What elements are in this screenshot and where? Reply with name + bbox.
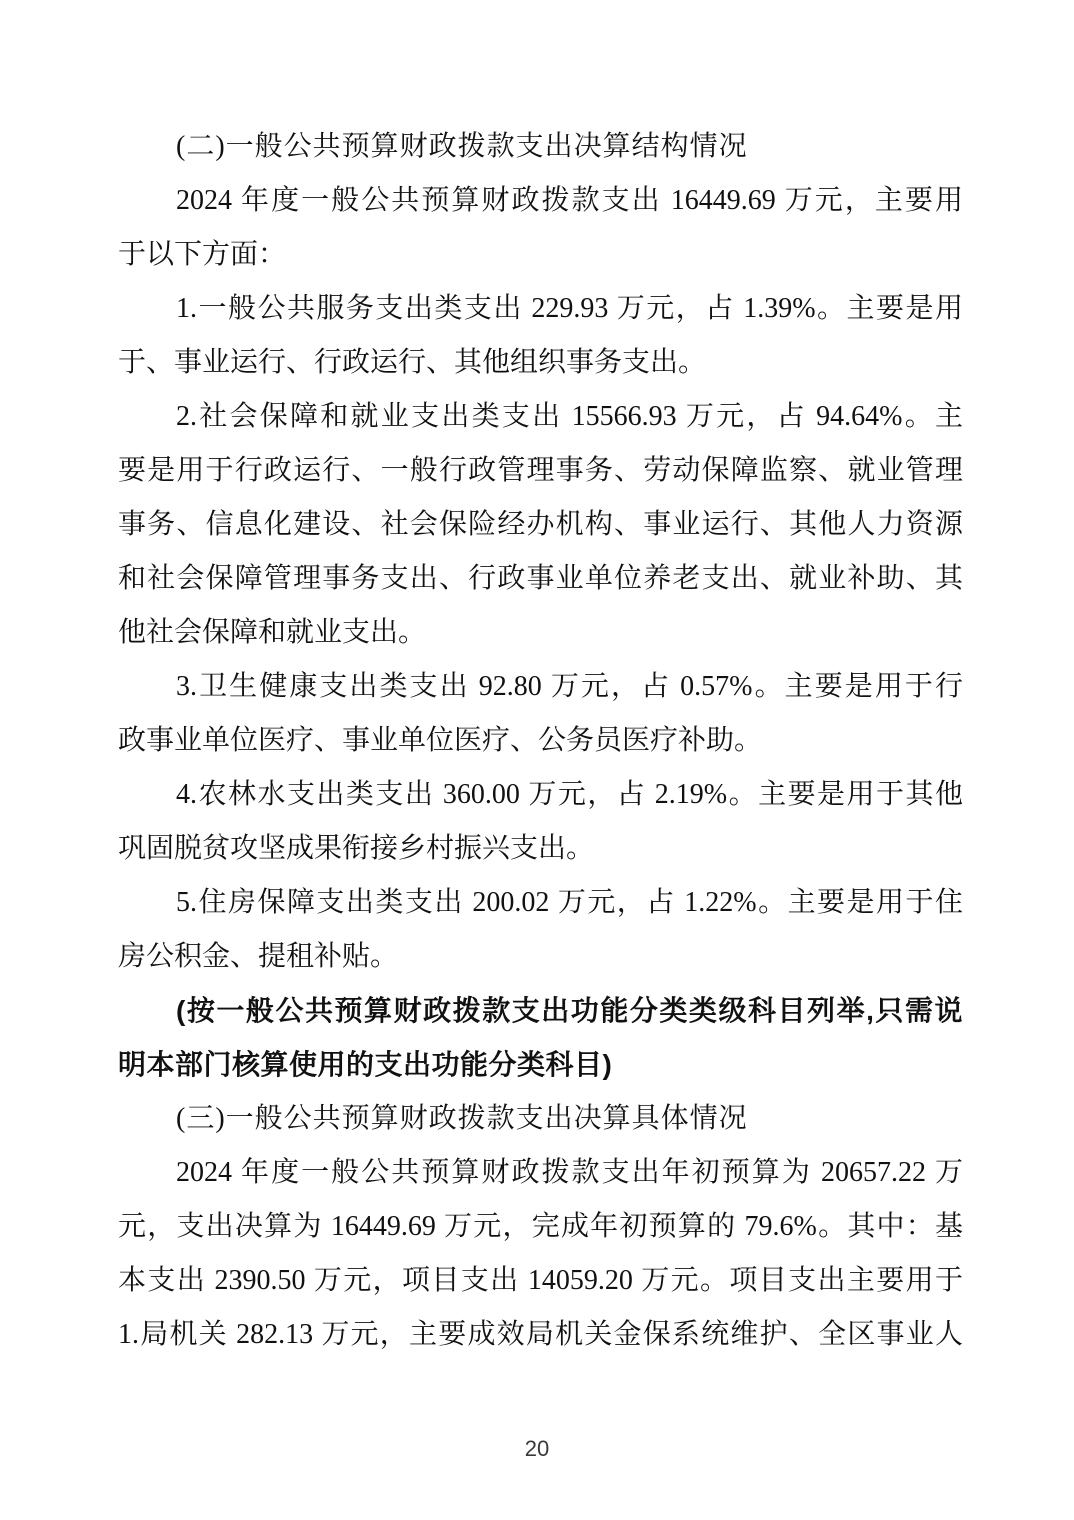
text-line: 房公积金、提租补贴。: [118, 930, 963, 984]
text-line: 1.局机关 282.13 万元，主要成效局机关金保系统维护、全区事业人: [118, 1308, 963, 1362]
text-line: 4.农林水支出类支出 360.00 万元，占 2.19%。主要是用于其他: [118, 768, 963, 822]
text-line: 政事业单位医疗、事业单位医疗、公务员医疗补助。: [118, 714, 963, 768]
text-line: 3.卫生健康支出类支出 92.80 万元，占 0.57%。主要是用于行: [118, 660, 963, 714]
text-line: 2024 年度一般公共预算财政拨款支出年初预算为 20657.22 万: [118, 1146, 963, 1200]
text-line: 他社会保障和就业支出。: [118, 606, 963, 660]
paragraph-body: 3.卫生健康支出类支出 92.80 万元，占 0.57%。主要是用于行政事业单位…: [118, 660, 963, 768]
paragraph-note: (按一般公共预算财政拨款支出功能分类类级科目列举,只需说明本部门核算使用的支出功…: [118, 984, 963, 1092]
text-line: 和社会保障管理事务支出、行政事业单位养老支出、就业补助、其: [118, 552, 963, 606]
text-line: 本支出 2390.50 万元，项目支出 14059.20 万元。项目支出主要用于: [118, 1254, 963, 1308]
paragraph-body: 5.住房保障支出类支出 200.02 万元，占 1.22%。主要是用于住房公积金…: [118, 876, 963, 984]
text-line: 于、事业运行、行政运行、其他组织事务支出。: [118, 336, 963, 390]
text-line: 5.住房保障支出类支出 200.02 万元，占 1.22%。主要是用于住: [118, 876, 963, 930]
paragraph-heading: (二)一般公共预算财政拨款支出决算结构情况: [118, 120, 963, 174]
text-line: (按一般公共预算财政拨款支出功能分类类级科目列举,只需说: [118, 984, 963, 1038]
paragraph-body: 2024 年度一般公共预算财政拨款支出 16449.69 万元，主要用于以下方面…: [118, 174, 963, 282]
text-line: (三)一般公共预算财政拨款支出决算具体情况: [118, 1092, 963, 1146]
document-page: (二)一般公共预算财政拨款支出决算结构情况2024 年度一般公共预算财政拨款支出…: [0, 0, 1074, 1520]
text-line: 于以下方面：: [118, 228, 963, 282]
paragraph-body: 2.社会保障和就业支出类支出 15566.93 万元，占 94.64%。主要是用…: [118, 390, 963, 660]
text-line: 2024 年度一般公共预算财政拨款支出 16449.69 万元，主要用: [118, 174, 963, 228]
text-line: 要是用于行政运行、一般行政管理事务、劳动保障监察、就业管理: [118, 444, 963, 498]
paragraph-heading: (三)一般公共预算财政拨款支出决算具体情况: [118, 1092, 963, 1146]
paragraph-body: 2024 年度一般公共预算财政拨款支出年初预算为 20657.22 万元，支出决…: [118, 1146, 963, 1362]
text-line: 明本部门核算使用的支出功能分类科目): [118, 1038, 963, 1092]
page-number: 20: [0, 1436, 1074, 1462]
paragraph-body: 1.一般公共服务支出类支出 229.93 万元，占 1.39%。主要是用于、事业…: [118, 282, 963, 390]
paragraph-body: 4.农林水支出类支出 360.00 万元，占 2.19%。主要是用于其他巩固脱贫…: [118, 768, 963, 876]
text-line: 2.社会保障和就业支出类支出 15566.93 万元，占 94.64%。主: [118, 390, 963, 444]
text-line: 1.一般公共服务支出类支出 229.93 万元，占 1.39%。主要是用: [118, 282, 963, 336]
text-line: (二)一般公共预算财政拨款支出决算结构情况: [118, 120, 963, 174]
text-line: 事务、信息化建设、社会保险经办机构、事业运行、其他人力资源: [118, 498, 963, 552]
text-line: 巩固脱贫攻坚成果衔接乡村振兴支出。: [118, 822, 963, 876]
text-line: 元，支出决算为 16449.69 万元，完成年初预算的 79.6%。其中：基: [118, 1200, 963, 1254]
document-content: (二)一般公共预算财政拨款支出决算结构情况2024 年度一般公共预算财政拨款支出…: [118, 120, 963, 1362]
